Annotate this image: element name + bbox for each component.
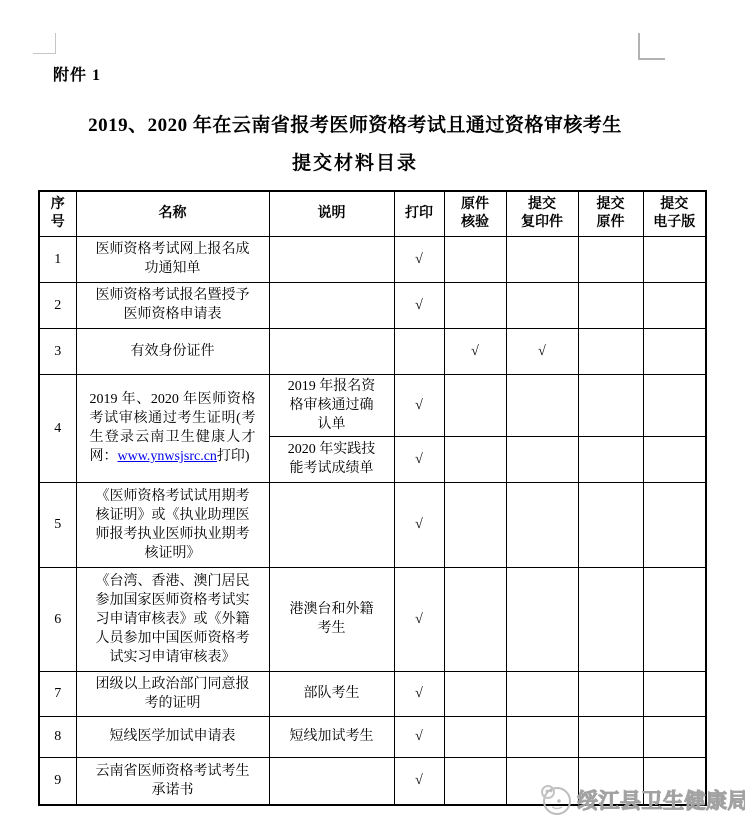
print-check-cell: √ <box>394 757 444 805</box>
row-name: 医师资格考试网上报名成功通知单 <box>76 236 269 282</box>
electronic-check-cell <box>643 436 706 482</box>
original-check-cell <box>578 671 643 716</box>
verify-check-cell <box>444 567 506 671</box>
header-no: 序 号 <box>39 191 76 236</box>
row-name: 云南省医师资格考试考生承诺书 <box>76 757 269 805</box>
electronic-check-cell <box>643 236 706 282</box>
original-check-cell <box>578 328 643 374</box>
materials-table: 序 号 名称 说明 打印 原件 核验 提交 复印件 提交 原件 提交 电子版 1… <box>38 190 707 806</box>
print-check-cell: √ <box>394 671 444 716</box>
header-name: 名称 <box>76 191 269 236</box>
print-check-cell: √ <box>394 236 444 282</box>
row-no: 3 <box>39 328 76 374</box>
print-check-cell <box>394 328 444 374</box>
original-check-cell <box>578 716 643 757</box>
row-desc: 短线加试考生 <box>269 716 394 757</box>
electronic-check-cell <box>643 374 706 436</box>
copy-check-cell <box>506 482 578 567</box>
row-desc <box>269 236 394 282</box>
row-name: 《医师资格考试试用期考核证明》或《执业助理医师报考执业医师执业期考核证明》 <box>76 482 269 567</box>
print-check-cell: √ <box>394 716 444 757</box>
row-name: 医师资格考试报名暨授予医师资格申请表 <box>76 282 269 328</box>
row-desc: 2020 年实践技能考试成绩单 <box>269 436 394 482</box>
row-no: 6 <box>39 567 76 671</box>
table-row: 2 医师资格考试报名暨授予医师资格申请表 √ <box>39 282 706 328</box>
original-check-cell <box>578 236 643 282</box>
header-print: 打印 <box>394 191 444 236</box>
verify-check-cell <box>444 374 506 436</box>
row-desc <box>269 328 394 374</box>
copy-check-cell <box>506 236 578 282</box>
row-desc <box>269 482 394 567</box>
print-check-cell: √ <box>394 282 444 328</box>
verify-check-cell <box>444 482 506 567</box>
margin-crop-mark-top-right <box>638 33 665 60</box>
header-verify: 原件 核验 <box>444 191 506 236</box>
verify-check-cell <box>444 757 506 805</box>
verify-check-cell <box>444 282 506 328</box>
original-check-cell <box>578 282 643 328</box>
electronic-check-cell <box>643 567 706 671</box>
row-desc: 部队考生 <box>269 671 394 716</box>
row-desc <box>269 282 394 328</box>
row-desc: 2019 年报名资格审核通过确认单 <box>269 374 394 436</box>
margin-crop-mark-top-left <box>33 33 56 54</box>
row-name: 有效身份证件 <box>76 328 269 374</box>
row-no: 8 <box>39 716 76 757</box>
row-no: 2 <box>39 282 76 328</box>
electronic-check-cell <box>643 671 706 716</box>
original-check-cell <box>578 436 643 482</box>
table-row: 7 团级以上政治部门同意报考的证明 部队考生 √ <box>39 671 706 716</box>
print-check-cell: √ <box>394 436 444 482</box>
table-row: 6 《台湾、香港、澳门居民参加国家医师资格考试实习申请审核表》或《外籍人员参加中… <box>39 567 706 671</box>
electronic-check-cell <box>643 328 706 374</box>
row-desc: 港澳台和外籍考生 <box>269 567 394 671</box>
copy-check-cell <box>506 757 578 805</box>
copy-check-cell <box>506 374 578 436</box>
document-title-line1: 2019、2020 年在云南省报考医师资格考试且通过资格审核考生 <box>0 110 710 137</box>
copy-check-cell <box>506 282 578 328</box>
document-page: { "page": { "attachment_label": "附件 1", … <box>0 0 745 834</box>
original-check-cell <box>578 567 643 671</box>
row-name: 2019 年、2020 年医师资格考试审核通过考生证明(考生登录云南卫生健康人才… <box>76 374 269 482</box>
verify-check-cell <box>444 436 506 482</box>
table-row: 3 有效身份证件 √ √ <box>39 328 706 374</box>
header-original: 提交 原件 <box>578 191 643 236</box>
electronic-check-cell <box>643 482 706 567</box>
copy-check-cell: √ <box>506 328 578 374</box>
table-row: 1 医师资格考试网上报名成功通知单 √ <box>39 236 706 282</box>
copy-check-cell <box>506 436 578 482</box>
original-check-cell <box>578 757 643 805</box>
verify-check-cell <box>444 671 506 716</box>
electronic-check-cell <box>643 757 706 805</box>
copy-check-cell <box>506 716 578 757</box>
print-check-cell: √ <box>394 482 444 567</box>
print-check-cell: √ <box>394 374 444 436</box>
verify-check-cell: √ <box>444 328 506 374</box>
table-row: 8 短线医学加试申请表 短线加试考生 √ <box>39 716 706 757</box>
row-no: 5 <box>39 482 76 567</box>
header-electronic: 提交 电子版 <box>643 191 706 236</box>
verify-check-cell <box>444 236 506 282</box>
electronic-check-cell <box>643 716 706 757</box>
header-copy: 提交 复印件 <box>506 191 578 236</box>
row-desc <box>269 757 394 805</box>
row-no: 1 <box>39 236 76 282</box>
table-row: 4 2019 年、2020 年医师资格考试审核通过考生证明(考生登录云南卫生健康… <box>39 374 706 436</box>
row-no: 7 <box>39 671 76 716</box>
ynwsjsrc-link[interactable]: www.ynwsjsrc.cn <box>118 449 217 464</box>
original-check-cell <box>578 482 643 567</box>
table-row: 5 《医师资格考试试用期考核证明》或《执业助理医师报考执业医师执业期考核证明》 … <box>39 482 706 567</box>
row-no: 9 <box>39 757 76 805</box>
header-desc: 说明 <box>269 191 394 236</box>
table-row: 9 云南省医师资格考试考生承诺书 √ <box>39 757 706 805</box>
row-name: 团级以上政治部门同意报考的证明 <box>76 671 269 716</box>
original-check-cell <box>578 374 643 436</box>
print-check-cell: √ <box>394 567 444 671</box>
attachment-label: 附件 1 <box>53 62 101 85</box>
electronic-check-cell <box>643 282 706 328</box>
verify-check-cell <box>444 716 506 757</box>
row-name: 《台湾、香港、澳门居民参加国家医师资格考试实习申请审核表》或《外籍人员参加中国医… <box>76 567 269 671</box>
document-title-line2: 提交材料目录 <box>0 148 710 175</box>
row-no: 4 <box>39 374 76 482</box>
table-header-row: 序 号 名称 说明 打印 原件 核验 提交 复印件 提交 原件 提交 电子版 <box>39 191 706 236</box>
copy-check-cell <box>506 567 578 671</box>
row-name: 短线医学加试申请表 <box>76 716 269 757</box>
row-name-text: 打印) <box>217 449 250 464</box>
copy-check-cell <box>506 671 578 716</box>
